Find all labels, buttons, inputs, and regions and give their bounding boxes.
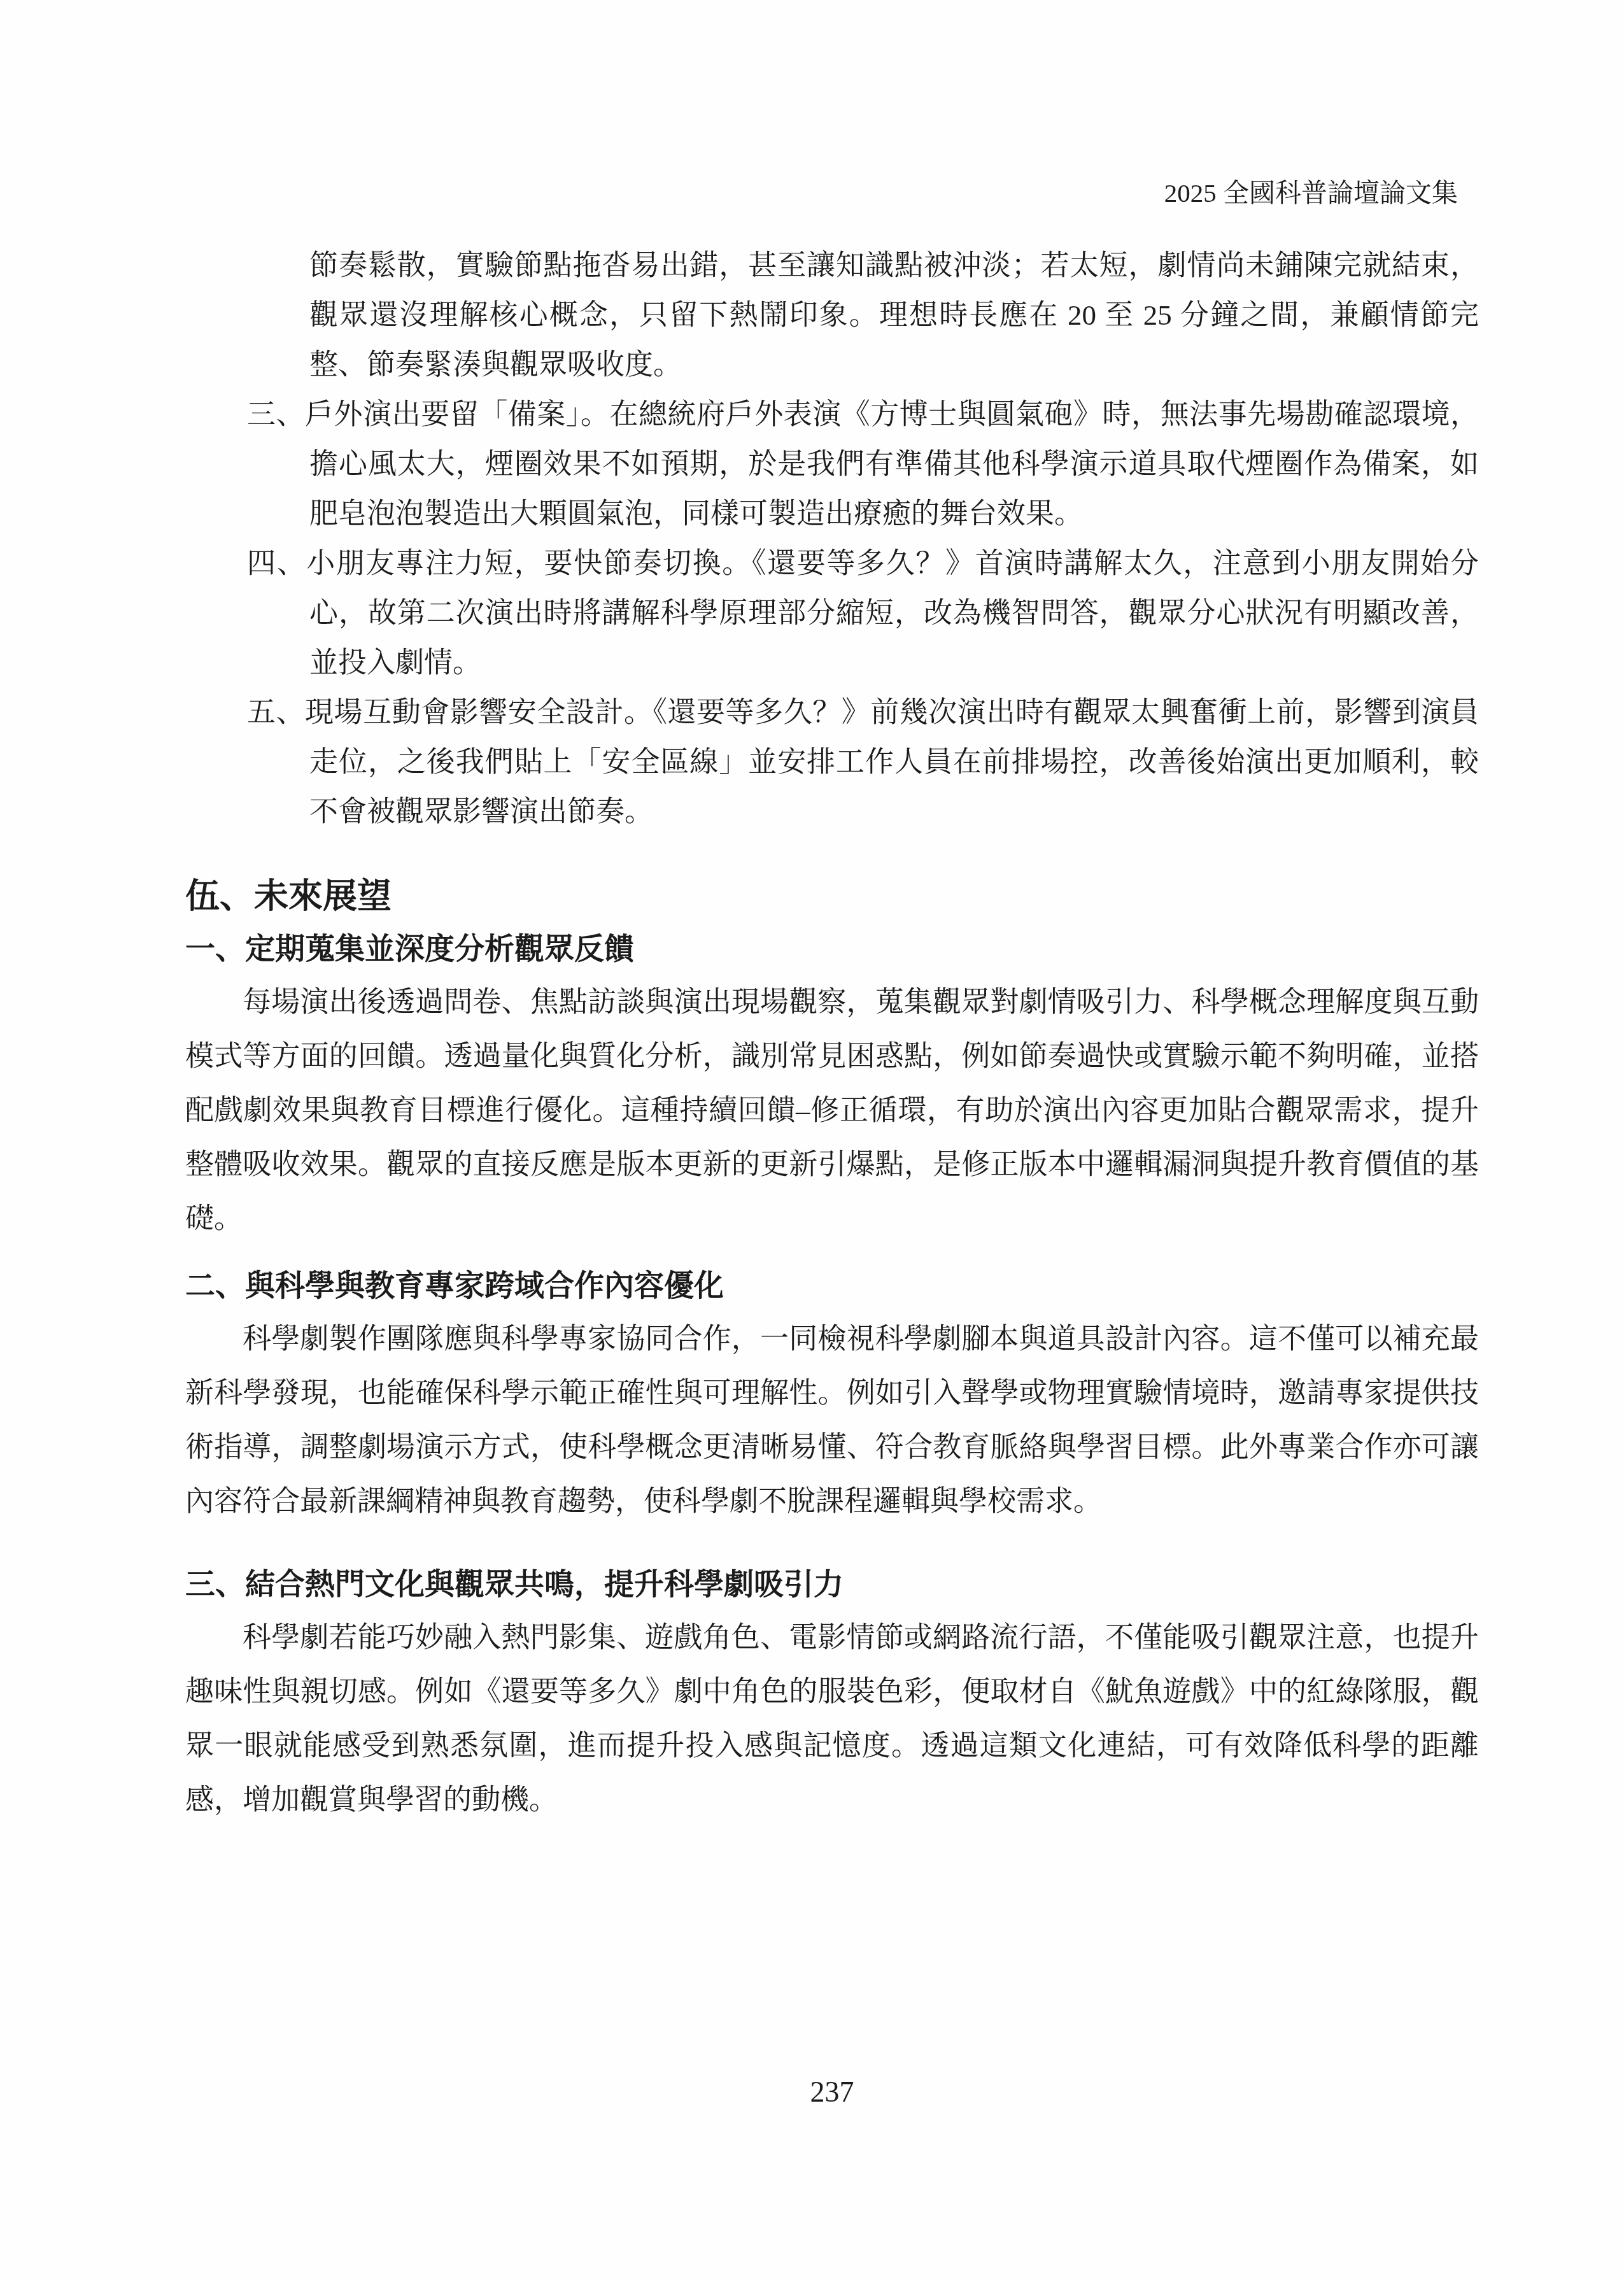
list-item-4: 四、小朋友專注力短，要快節奏切換。《還要等多久？》首演時講解太久，注意到小朋友開…: [185, 539, 1479, 688]
list-item-5: 五、現場互動會影響安全設計。《還要等多久？》前幾次演出時有觀眾太興奮衝上前，影響…: [185, 688, 1479, 837]
page-content: 節奏鬆散，實驗節點拖沓易出錯，甚至讓知識點被沖淡；若太短，劇情尚未鋪陳完就結束，…: [185, 241, 1479, 1827]
running-header: 2025 全國科普論壇論文集: [1164, 177, 1458, 209]
subsection-body-1: 每場演出後透過問卷、焦點訪談與演出現場觀察，蒐集觀眾對劇情吸引力、科學概念理解度…: [185, 975, 1479, 1246]
subsection-heading-2: 二、與科學與教育專家跨域合作內容優化: [185, 1265, 1479, 1307]
subsection-body-2: 科學劇製作團隊應與科學專家協同合作，一同檢視科學劇腳本與道具設計內容。這不僅可以…: [185, 1312, 1479, 1529]
subsection-heading-1: 一、定期蒐集並深度分析觀眾反饋: [185, 928, 1479, 970]
page-number: 237: [185, 2074, 1479, 2110]
list-item-3: 三、戶外演出要留「備案」。在總統府戶外表演《方博士與圓氣砲》時，無法事先場勘確認…: [185, 390, 1479, 539]
document-page: 2025 全國科普論壇論文集 節奏鬆散，實驗節點拖沓易出錯，甚至讓知識點被沖淡；…: [0, 0, 1624, 2278]
subsection-body-3: 科學劇若能巧妙融入熱門影集、遊戲角色、電影情節或網路流行語，不僅能吸引觀眾注意，…: [185, 1611, 1479, 1827]
list-item-continuation: 節奏鬆散，實驗節點拖沓易出錯，甚至讓知識點被沖淡；若太短，劇情尚未鋪陳完就結束，…: [185, 241, 1479, 390]
subsection-heading-3: 三、結合熱門文化與觀眾共鳴，提升科學劇吸引力: [185, 1564, 1479, 1606]
section-title-future-outlook: 伍、未來展望: [185, 872, 1479, 921]
